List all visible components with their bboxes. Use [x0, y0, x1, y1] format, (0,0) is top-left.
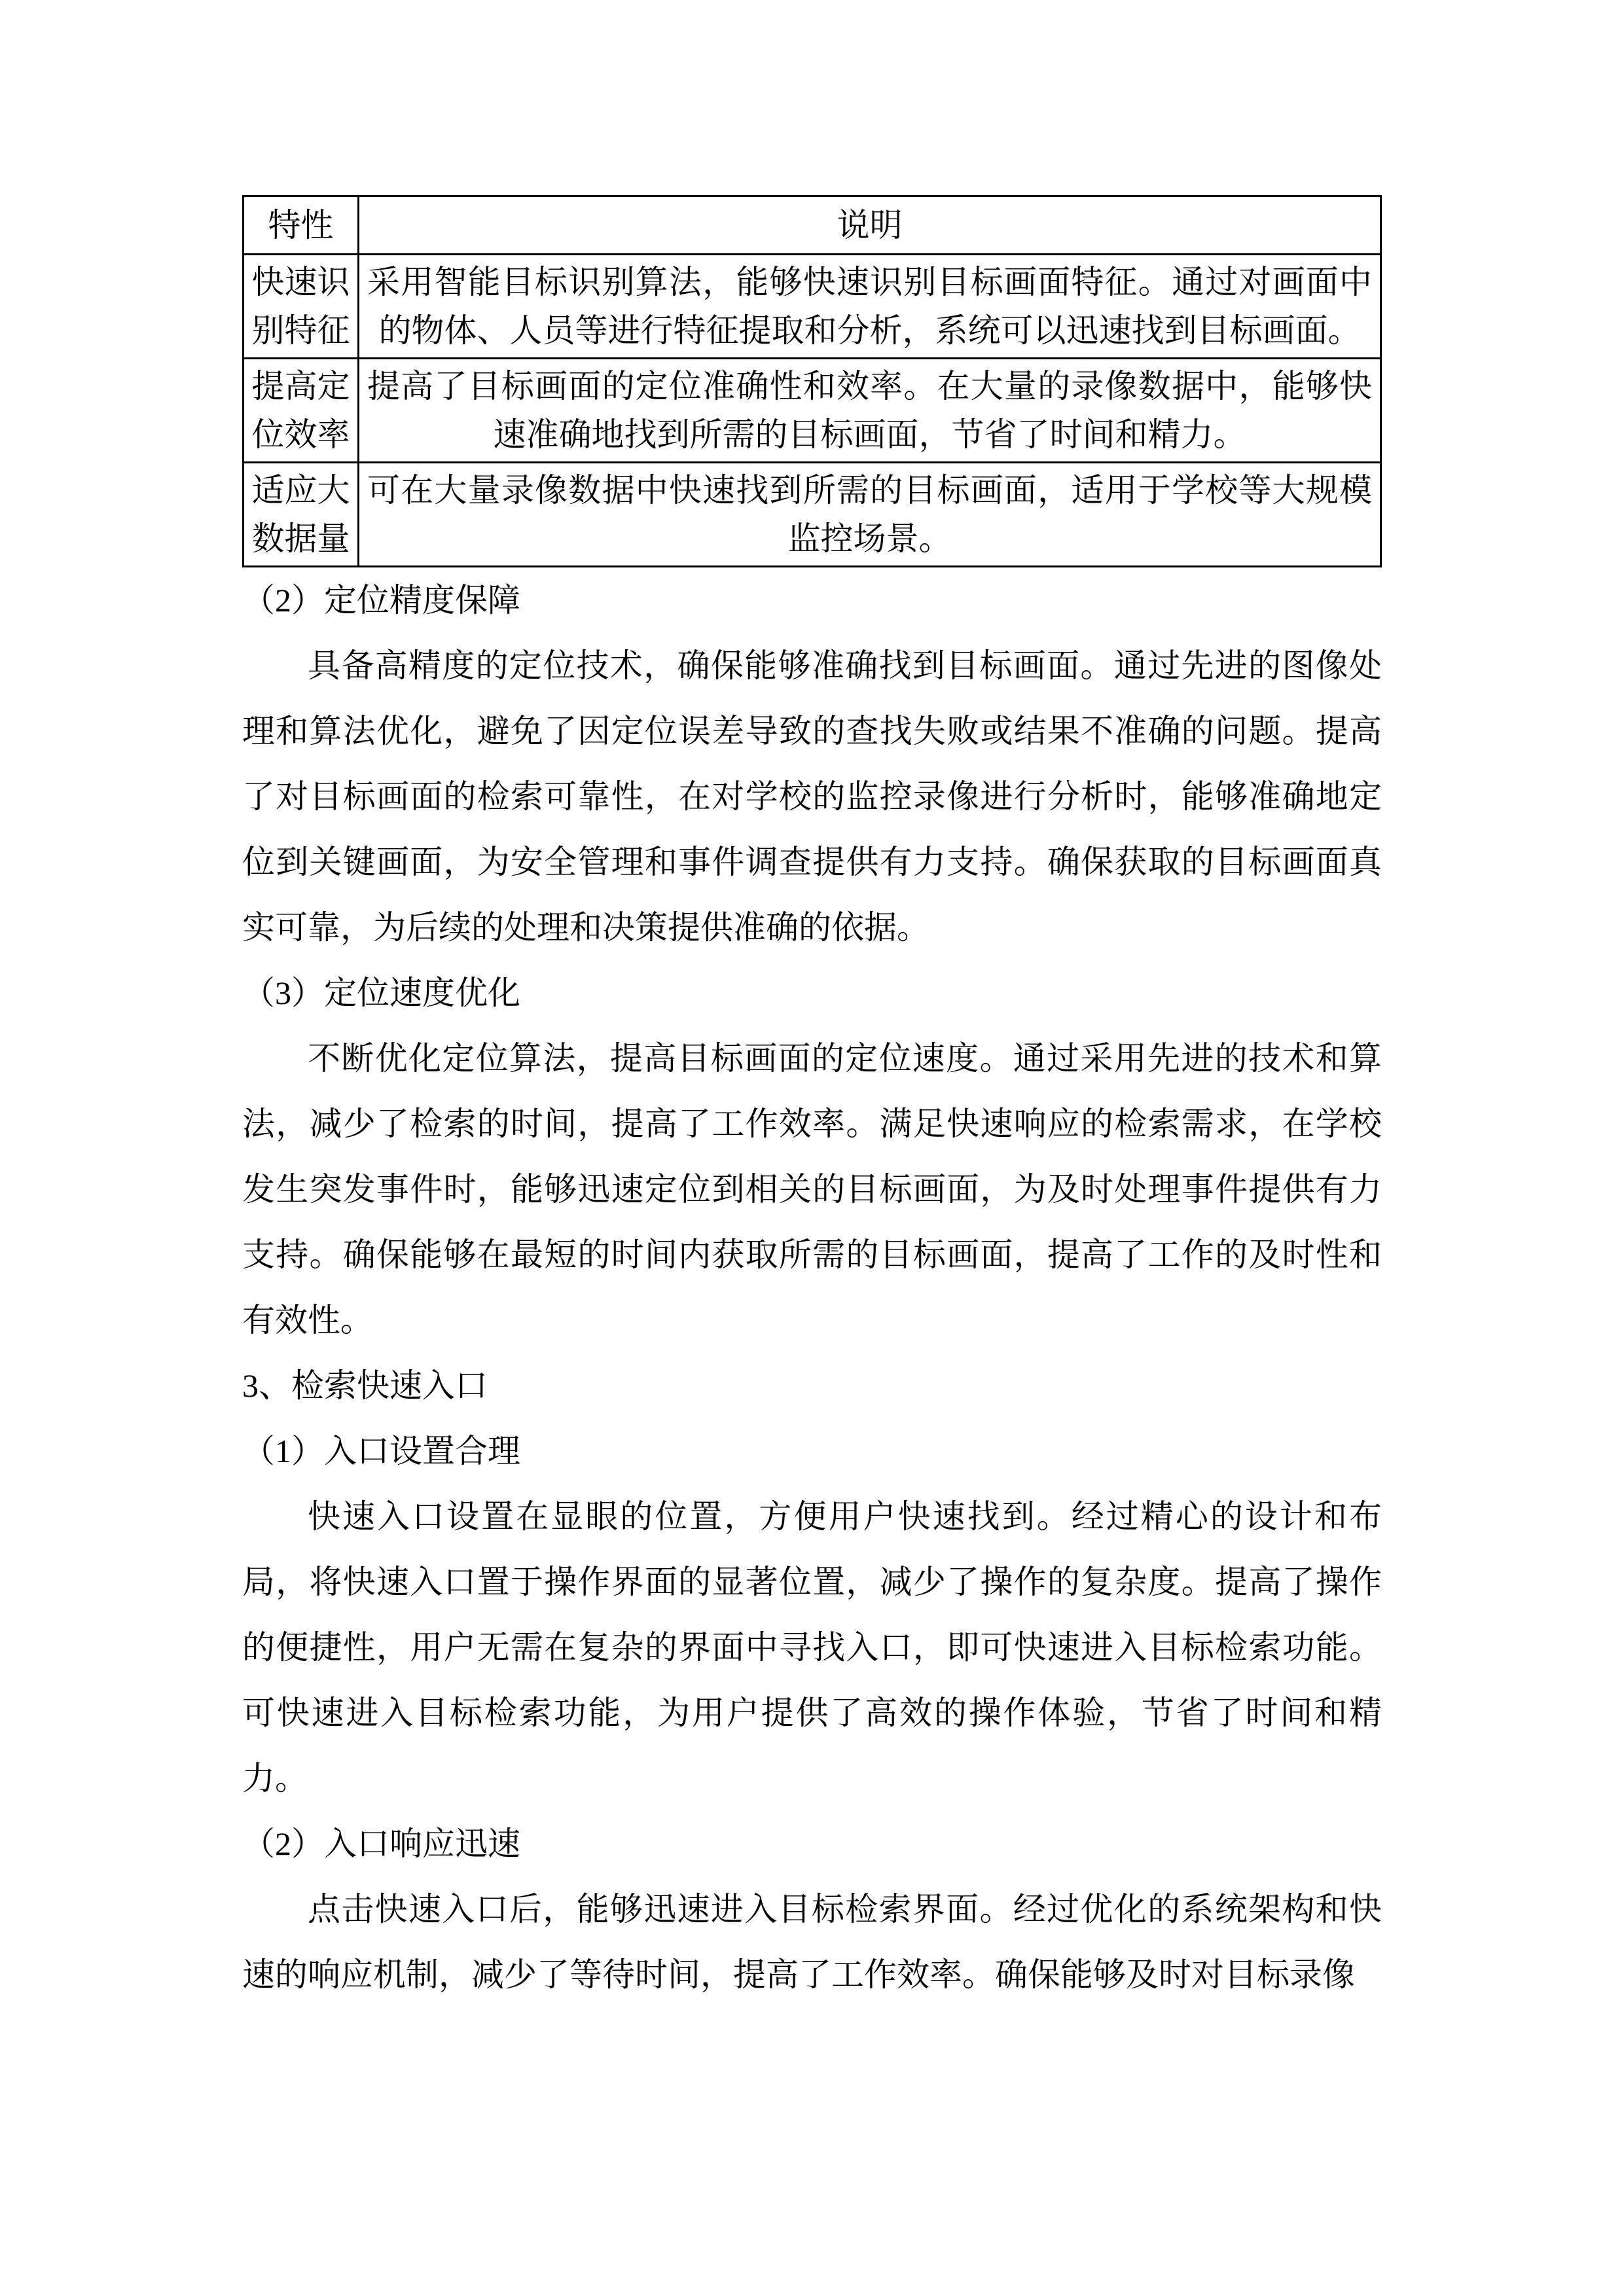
table-cell-feature: 快速识别特征 [244, 255, 359, 359]
table-row: 提高定位效率 提高了目标画面的定位准确性和效率。在大量的录像数据中，能够快速准确… [244, 359, 1381, 463]
table-cell-feature: 提高定位效率 [244, 359, 359, 463]
table-cell-description: 采用智能目标识别算法，能够快速识别目标画面特征。通过对画面中的物体、人员等进行特… [359, 255, 1381, 359]
paragraph-entry-placement: 快速入口设置在显眼的位置，方便用户快速找到。经过精心的设计和布局，将快速入口置于… [242, 1484, 1382, 1811]
table-cell-feature: 适应大数据量 [244, 463, 359, 567]
paragraph-entry-response: 点击快速入口后，能够迅速进入目标检索界面。经过优化的系统架构和快速的响应机制，减… [242, 1876, 1382, 2007]
table-cell-description: 可在大量录像数据中快速找到所需的目标画面，适用于学校等大规模监控场景。 [359, 463, 1381, 567]
table-cell-description: 提高了目标画面的定位准确性和效率。在大量的录像数据中，能够快速准确地找到所需的目… [359, 359, 1381, 463]
section-heading-quick-search-entry: 3、检索快速入口 [242, 1353, 1382, 1418]
table-header-description: 说明 [359, 196, 1381, 255]
table-header-row: 特性 说明 [244, 196, 1381, 255]
paragraph-positioning-accuracy: 具备高精度的定位技术，确保能够准确找到目标画面。通过先进的图像处理和算法优化，避… [242, 633, 1382, 960]
table-header-feature: 特性 [244, 196, 359, 255]
document-content: 特性 说明 快速识别特征 采用智能目标识别算法，能够快速识别目标画面特征。通过对… [0, 0, 1624, 2007]
document-body-text: （2）定位精度保障 具备高精度的定位技术，确保能够准确找到目标画面。通过先进的图… [242, 567, 1382, 2007]
section-heading-entry-placement: （1）入口设置合理 [242, 1418, 1382, 1484]
table-row: 快速识别特征 采用智能目标识别算法，能够快速识别目标画面特征。通过对画面中的物体… [244, 255, 1381, 359]
section-heading-positioning-speed: （3）定位速度优化 [242, 960, 1382, 1026]
paragraph-positioning-speed: 不断优化定位算法，提高目标画面的定位速度。通过采用先进的技术和算法，减少了检索的… [242, 1026, 1382, 1353]
feature-description-table: 特性 说明 快速识别特征 采用智能目标识别算法，能够快速识别目标画面特征。通过对… [242, 195, 1382, 567]
table-row: 适应大数据量 可在大量录像数据中快速找到所需的目标画面，适用于学校等大规模监控场… [244, 463, 1381, 567]
section-heading-positioning-accuracy: （2）定位精度保障 [242, 567, 1382, 633]
document-page: 特性 说明 快速识别特征 采用智能目标识别算法，能够快速识别目标画面特征。通过对… [0, 0, 1624, 2296]
section-heading-entry-response: （2）入口响应迅速 [242, 1811, 1382, 1876]
